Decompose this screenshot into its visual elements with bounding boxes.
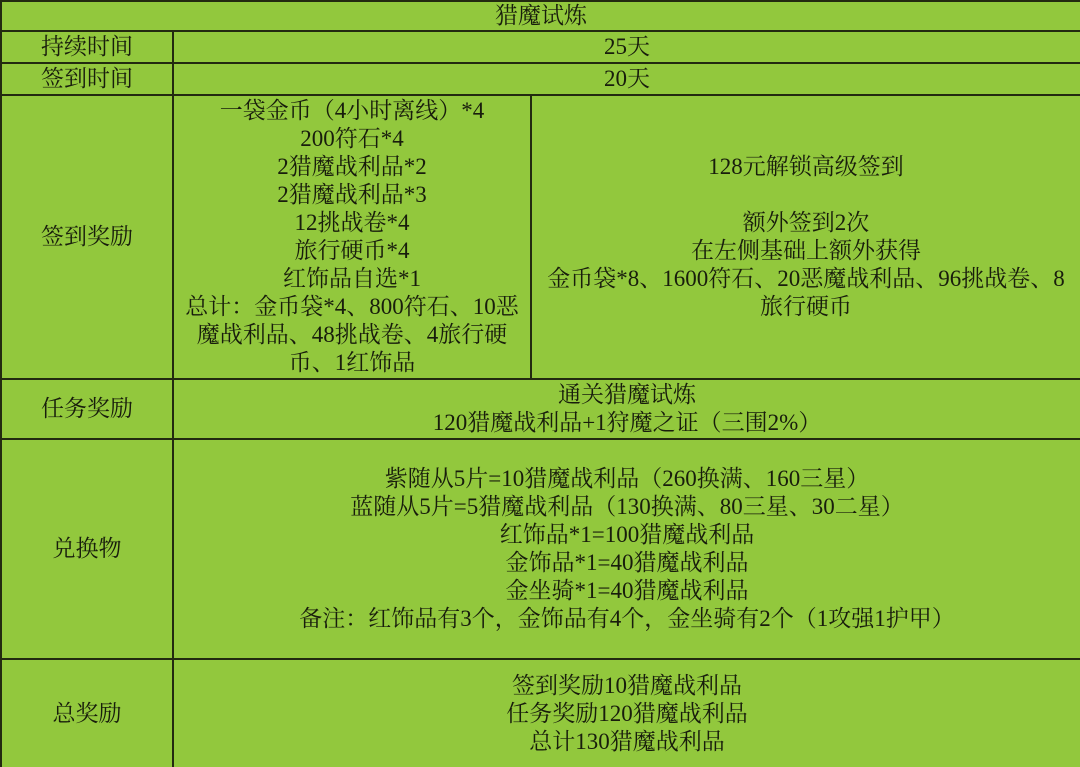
text-line: 总计130猎魔战利品	[182, 728, 1072, 756]
exchange-row: 兑换物 紫随从5片=10猎魔战利品（260换满、160三星）蓝随从5片=5猎魔战…	[1, 439, 1080, 659]
quest-reward-cell: 通关猎魔试炼120猎魔战利品+1狩魔之证（三围2%）	[173, 379, 1080, 439]
exchange-label: 兑换物	[1, 439, 173, 659]
text-line: 2猎魔战利品*3	[182, 181, 522, 209]
total-reward-label: 总奖励	[1, 659, 173, 767]
signin-time-row: 签到时间 20天	[1, 63, 1080, 95]
table-title: 猎魔试炼	[1, 1, 1080, 31]
event-table: 猎魔试炼 持续时间 25天 签到时间 20天 签到奖励 一袋金币（4小时离线）*…	[0, 0, 1080, 767]
title-row: 猎魔试炼	[1, 1, 1080, 31]
text-line: 签到奖励10猎魔战利品	[182, 672, 1072, 700]
text-line: 任务奖励120猎魔战利品	[182, 700, 1072, 728]
duration-label: 持续时间	[1, 31, 173, 63]
duration-value: 25天	[173, 31, 1080, 63]
signin-reward-row: 签到奖励 一袋金币（4小时离线）*4200符石*42猎魔战利品*22猎魔战利品*…	[1, 95, 1080, 379]
text-line: 在左侧基础上额外获得	[540, 237, 1072, 265]
total-reward-row: 总奖励 签到奖励10猎魔战利品任务奖励120猎魔战利品总计130猎魔战利品	[1, 659, 1080, 767]
text-line: 备注：红饰品有3个，金饰品有4个，金坐骑有2个（1攻强1护甲）	[182, 605, 1072, 633]
text-line	[540, 181, 1072, 209]
quest-reward-row: 任务奖励 通关猎魔试炼120猎魔战利品+1狩魔之证（三围2%）	[1, 379, 1080, 439]
text-line: 紫随从5片=10猎魔战利品（260换满、160三星）	[182, 465, 1072, 493]
duration-row: 持续时间 25天	[1, 31, 1080, 63]
text-line: 120猎魔战利品+1狩魔之证（三围2%）	[182, 409, 1072, 437]
text-line: 总计：金币袋*4、800符石、10恶魔战利品、48挑战卷、4旅行硬币、1红饰品	[182, 293, 522, 377]
quest-reward-label: 任务奖励	[1, 379, 173, 439]
text-line: 金坐骑*1=40猎魔战利品	[182, 577, 1072, 605]
text-line: 额外签到2次	[540, 209, 1072, 237]
text-line: 一袋金币（4小时离线）*4	[182, 97, 522, 125]
signin-time-label: 签到时间	[1, 63, 173, 95]
total-reward-cell: 签到奖励10猎魔战利品任务奖励120猎魔战利品总计130猎魔战利品	[173, 659, 1080, 767]
signin-reward-base-cell: 一袋金币（4小时离线）*4200符石*42猎魔战利品*22猎魔战利品*312挑战…	[173, 95, 531, 379]
text-line: 金饰品*1=40猎魔战利品	[182, 549, 1072, 577]
text-line: 200符石*4	[182, 125, 522, 153]
signin-reward-premium-cell: 128元解锁高级签到 额外签到2次在左侧基础上额外获得金币袋*8、1600符石、…	[531, 95, 1080, 379]
text-line: 蓝随从5片=5猎魔战利品（130换满、80三星、30二星）	[182, 493, 1072, 521]
exchange-cell: 紫随从5片=10猎魔战利品（260换满、160三星）蓝随从5片=5猎魔战利品（1…	[173, 439, 1080, 659]
text-line: 旅行硬币*4	[182, 237, 522, 265]
text-line: 128元解锁高级签到	[540, 153, 1072, 181]
text-line: 红饰品*1=100猎魔战利品	[182, 521, 1072, 549]
text-line: 2猎魔战利品*2	[182, 153, 522, 181]
text-line: 通关猎魔试炼	[182, 381, 1072, 409]
text-line: 12挑战卷*4	[182, 209, 522, 237]
text-line: 红饰品自选*1	[182, 265, 522, 293]
text-line: 金币袋*8、1600符石、20恶魔战利品、96挑战卷、8旅行硬币	[540, 265, 1072, 321]
signin-reward-label: 签到奖励	[1, 95, 173, 379]
signin-time-value: 20天	[173, 63, 1080, 95]
